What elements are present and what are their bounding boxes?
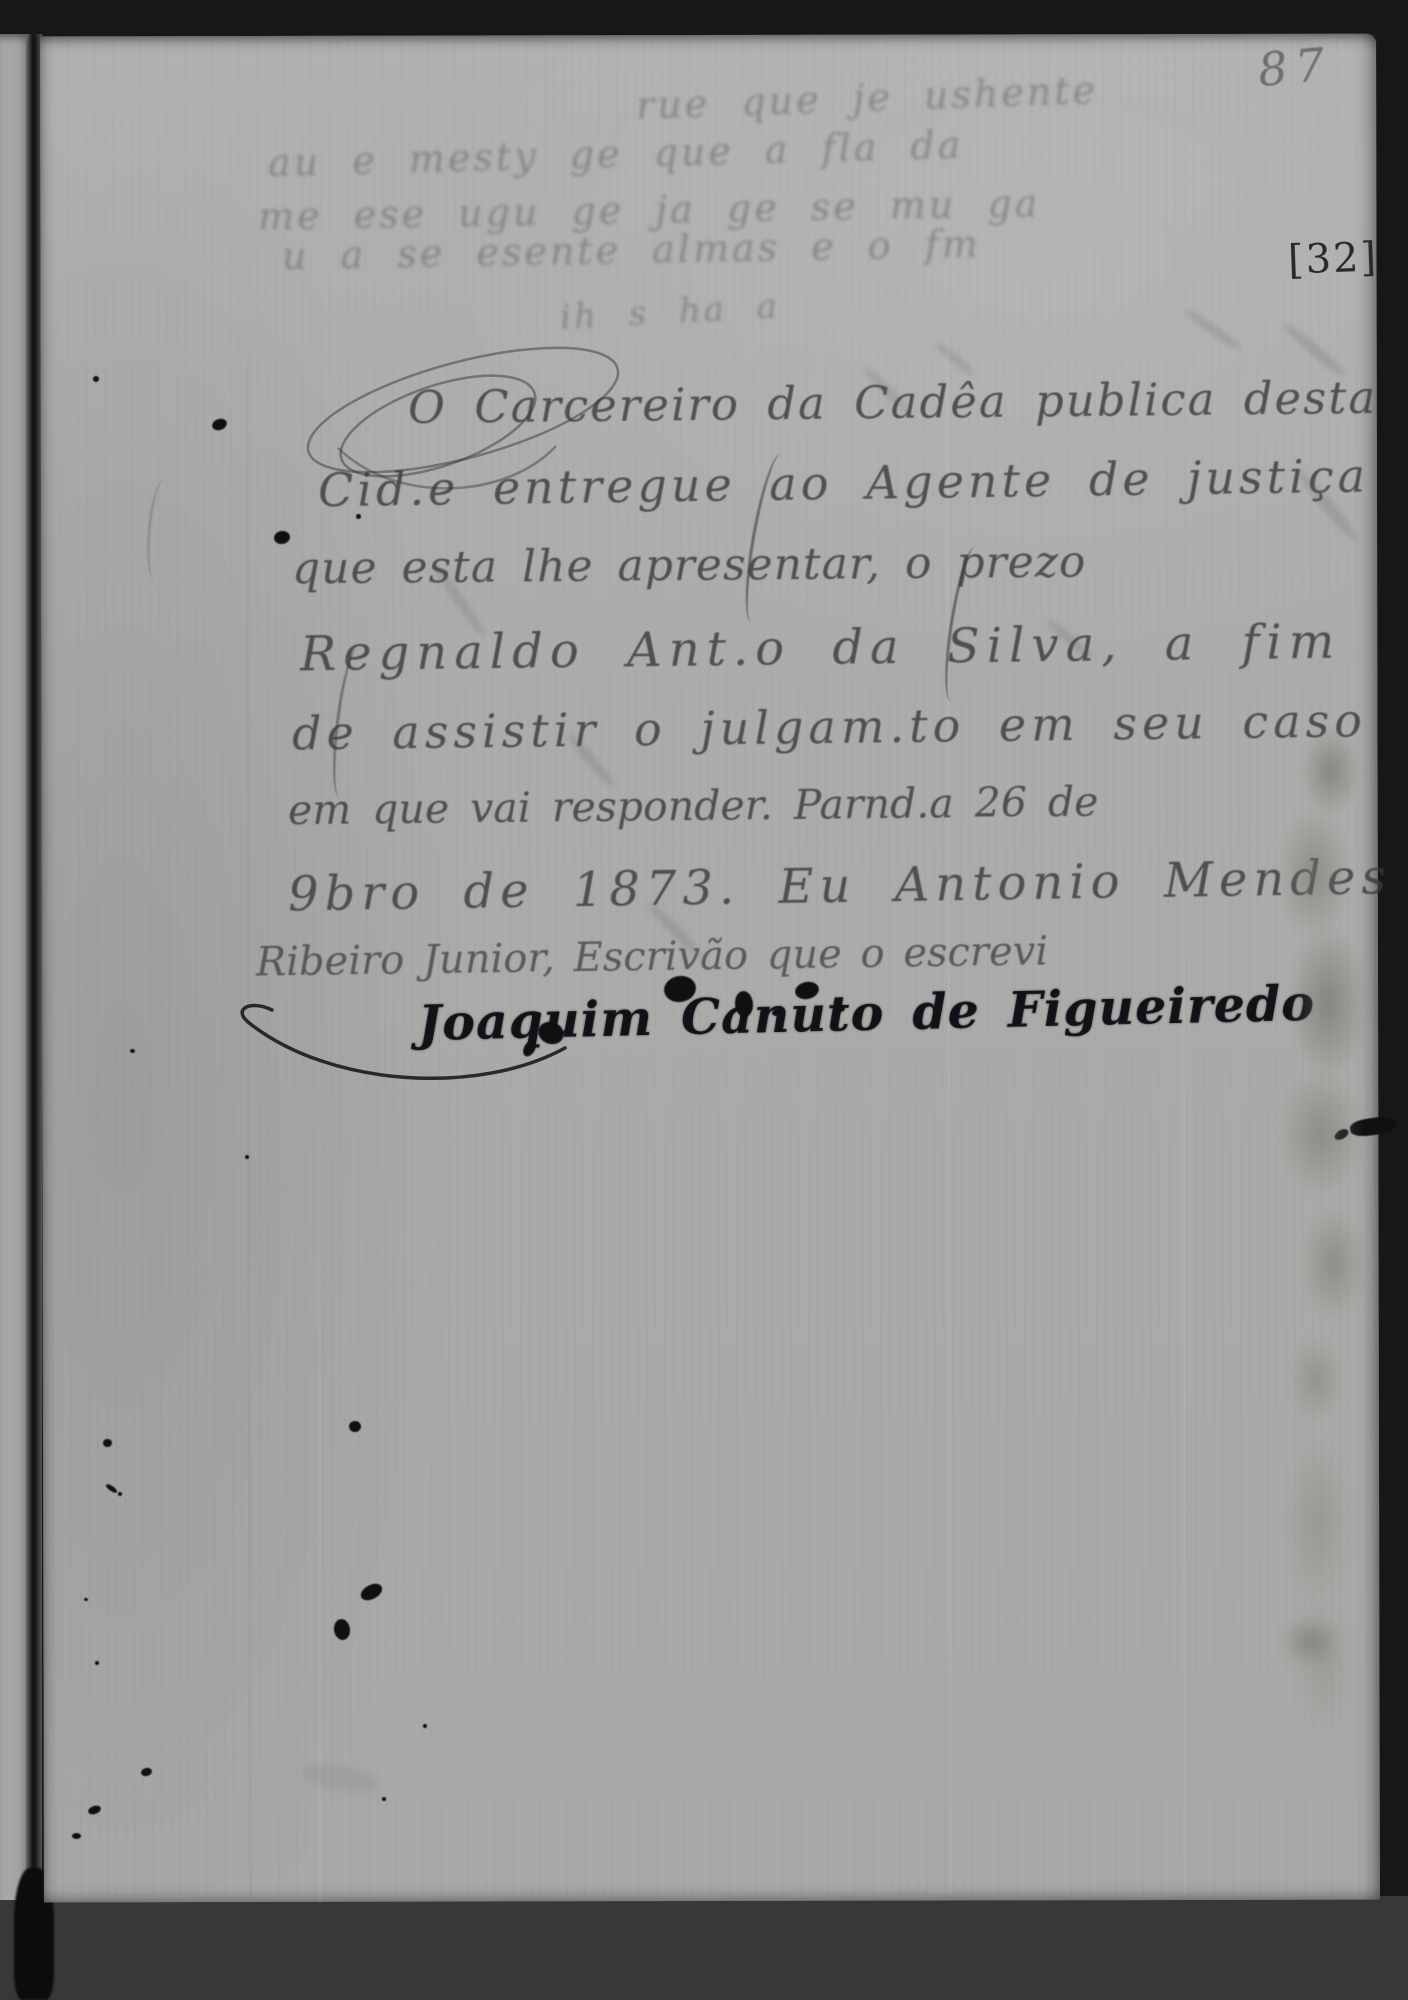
ink-speck [245,1155,249,1159]
ink-speck [772,1010,779,1016]
ink-speck [423,1724,427,1728]
ink-speck [382,1797,386,1801]
ink-speck [84,1598,88,1601]
handwriting-line: em que vai responder. Parnd.a 26 de [288,778,1099,834]
ink-blot [103,1439,112,1447]
paper-streak [1182,934,1187,1894]
signature-flourish [220,1000,620,1160]
ink-speck [118,1492,122,1496]
ink-speck [95,1661,99,1665]
ink-speck [130,1049,135,1053]
ink-speck [93,376,99,382]
ink-speck [356,514,361,519]
page-number: 87 [1256,37,1335,97]
archival-mark: [32] [1287,234,1379,283]
scanner-bed-bottom-band [0,1896,1408,2000]
edge-stain [1262,728,1380,1452]
edge-stain-lower [1266,1430,1370,1740]
binding-gutter-shadow [26,34,42,1900]
ink-blot [72,1833,81,1839]
ink-speck [836,1005,845,1012]
scanned-document: 87 [32] rue que je ushente au e mesty ge… [0,0,1408,2000]
round-stain [1280,1616,1340,1666]
ink-blot [349,1421,361,1432]
adjacent-page-edge [0,34,26,1900]
